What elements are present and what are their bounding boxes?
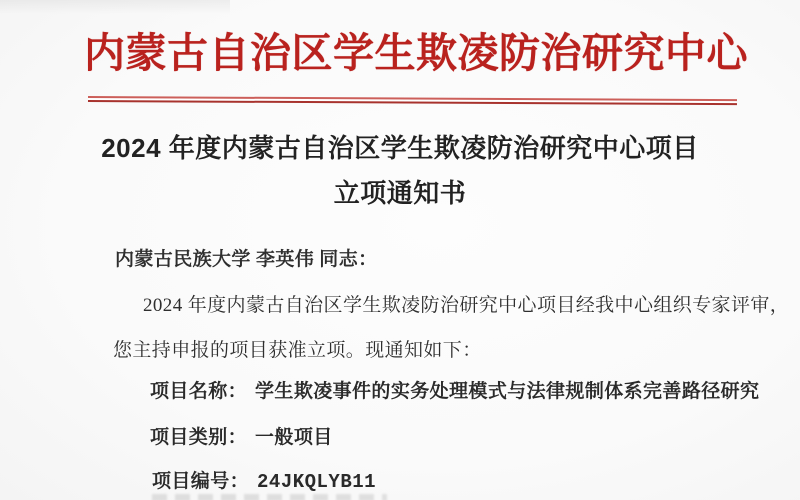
body-paragraph-line-1: 2024 年度内蒙古自治区学生欺凌防治研究中心项目经我中心组织专家评审，	[143, 290, 789, 317]
field-project-name-value: 学生欺凌事件的实务处理模式与法律规制体系完善路径研究	[255, 381, 759, 402]
field-project-name-label: 项目名称：	[150, 381, 247, 402]
letterhead-double-rule	[88, 96, 737, 105]
field-project-category: 项目类别：一般项目	[150, 422, 333, 449]
field-project-number-value: 24JKQLYB11	[257, 471, 376, 493]
body-paragraph-line-2: 您主持申报的项目获准立项。现通知如下：	[113, 335, 482, 362]
field-project-number-label: 项目编号：	[152, 471, 249, 492]
field-project-category-value: 一般项目	[255, 427, 333, 448]
salutation-line: 内蒙古民族大学 李英伟 同志：	[115, 244, 378, 271]
notification-document: 内蒙古自治区学生欺凌防治研究中心 2024 年度内蒙古自治区学生欺凌防治研究中心…	[0, 0, 800, 500]
clipped-next-line-remnant	[152, 494, 387, 500]
document-title: 2024 年度内蒙古自治区学生欺凌防治研究中心项目 立项通知书	[0, 126, 800, 216]
field-project-number: 项目编号：24JKQLYB11	[152, 466, 376, 493]
field-project-name: 项目名称：学生欺凌事件的实务处理模式与法律规制体系完善路径研究	[150, 376, 759, 403]
document-title-line-1: 2024 年度内蒙古自治区学生欺凌防治研究中心项目	[0, 126, 800, 171]
letterhead-org-name: 内蒙古自治区学生欺凌防治研究中心	[16, 20, 800, 79]
document-title-line-2: 立项通知书	[0, 171, 800, 216]
field-project-category-label: 项目类别：	[150, 427, 247, 448]
